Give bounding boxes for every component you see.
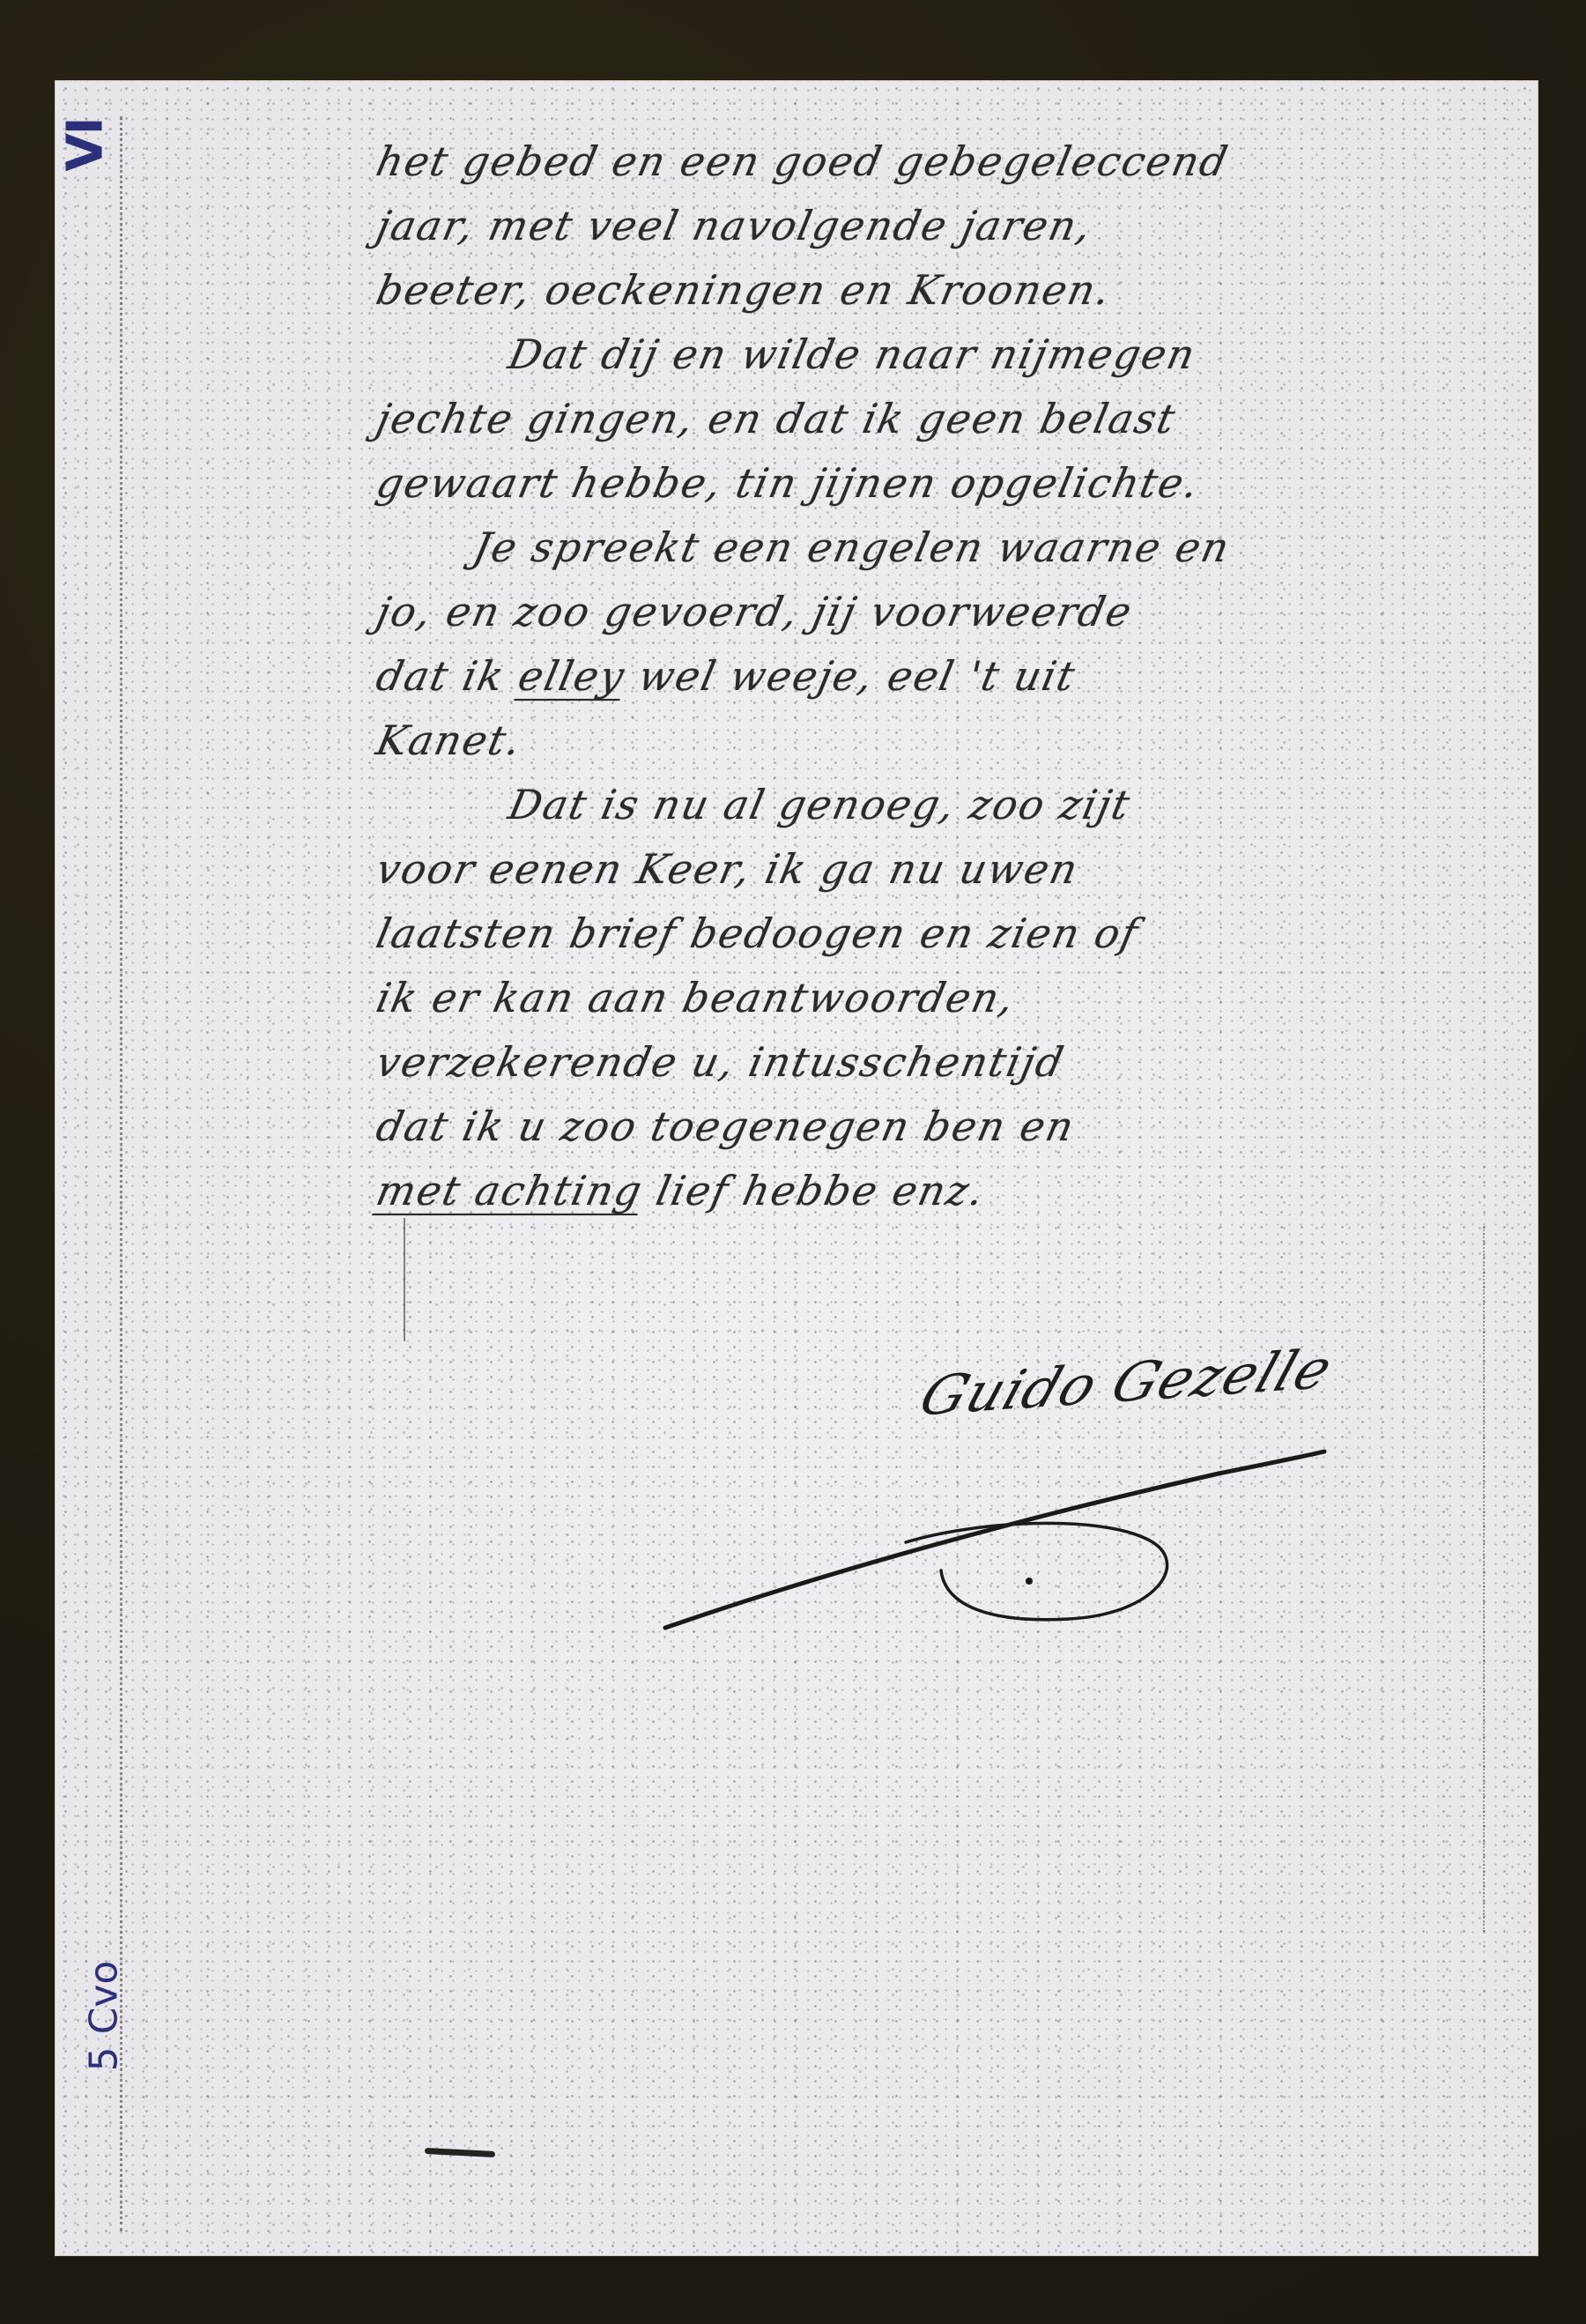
signature: Guido Gezelle [912,1336,1341,1428]
letter-page: VI 5 Cvo het gebed en een goed gebegelec… [56,81,1538,2255]
paragraph-start-line: Je spreekt een engelen waarne en [370,516,1530,580]
paragraph-start-line: Dat is nu al genoeg, zoo zijt [370,773,1530,837]
left-fold-line [120,116,122,2231]
text-line: ik er kan aan beantwoorden, [370,966,1530,1030]
text-line-with-underline: dat ik elley wel weeje, eel 't uit [370,644,1530,709]
closing-line: met achting lief hebbe enz. [370,1159,1530,1223]
text-line: jo, en zoo gevoerd, jij voorweerde [370,580,1530,644]
text-line: gewaart hebbe, tin jijnen opgelichte. [370,451,1530,516]
text-line: Kanet. [370,709,1530,773]
text-segment: lief hebbe enz. [637,1167,989,1214]
text-segment: wel weeje, eel 't uit [619,652,1080,700]
underlined-phrase: met achting [372,1167,648,1214]
underlined-word: elley [515,652,630,700]
text-segment: dat ik [372,652,524,700]
text-line: jaar, met veel navolgende jaren, [370,194,1530,258]
margin-rule [404,1218,405,1341]
pen-mark [425,2148,495,2157]
text-line: voor eenen Keer, ik ga nu uwen [370,837,1530,902]
letter-text: het gebed en een goed gebegeleccend jaar… [377,130,1523,1223]
text-line: dat ik u zoo toegenegen ben en [370,1095,1530,1159]
page-number-annotation: VI [57,118,115,171]
text-line: laatsten brief bedoogen en zien of [370,902,1530,966]
signature-flourish [655,1438,1360,1667]
text-line: het gebed en een goed gebegeleccend [370,130,1530,194]
text-line: jechte gingen, en dat ik geen belast [370,387,1530,451]
text-line: verzekerende u, intusschentijd [370,1030,1530,1095]
text-line: beeter, oeckeningen en Kroonen. [370,258,1530,323]
folio-annotation: 5 Cvo [81,1961,126,2072]
right-fold-line [1483,1227,1485,1932]
paragraph-start-line: Dat dij en wilde naar nijmegen [370,323,1530,387]
